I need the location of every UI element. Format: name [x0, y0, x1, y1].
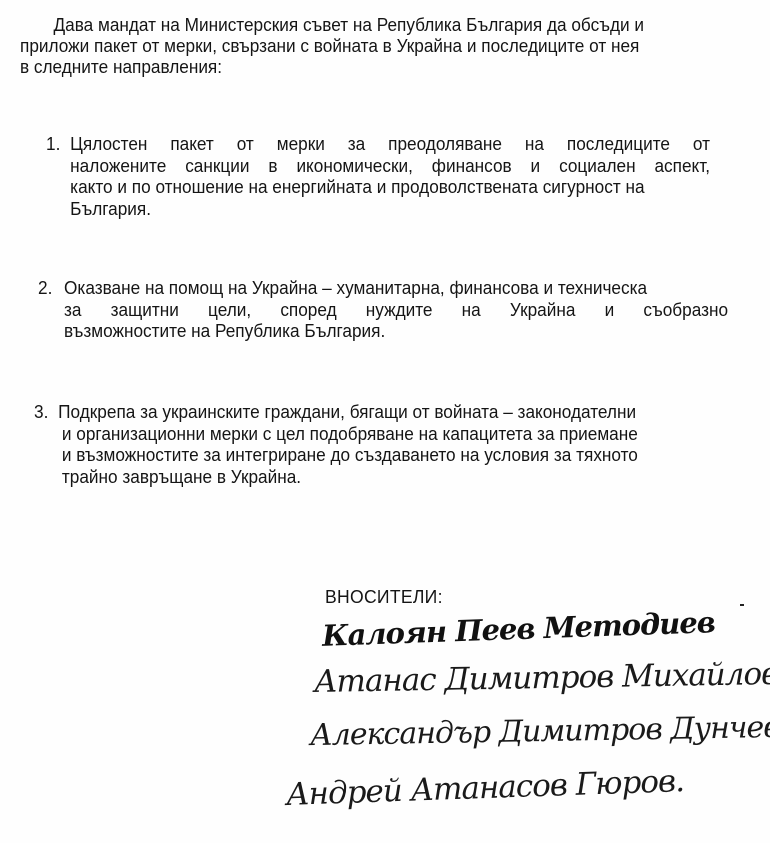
item-body: Цялостен пакет от мерки за преодоляване … — [70, 133, 710, 219]
signature-1: Калоян Пеев Методиев — [322, 605, 716, 653]
item-line: трайно завръщане в Украйна. — [58, 466, 716, 488]
item-line: Оказване на помощ на Украйна – хуманитар… — [64, 277, 728, 299]
signature-2: Атанас Димитров Михайлов — [314, 656, 770, 700]
intro-line: в следните направления: — [20, 56, 710, 77]
intro-paragraph: Дава мандат на Министерския съвет на Реп… — [20, 14, 710, 77]
item-line: България. — [70, 198, 710, 220]
item-line: Подкрепа за украинските граждани, бягащи… — [58, 401, 716, 423]
item-line: както и по отношение на енергийната и пр… — [70, 176, 710, 198]
item-line: възможностите на Република България. — [64, 320, 728, 342]
item-number: 2. — [38, 277, 52, 299]
signature-3: Александър Димитров Дунчев — [310, 710, 770, 753]
item-number: 3. — [34, 401, 48, 423]
item-line: и организационни мерки с цел подобряване… — [58, 423, 716, 445]
item-number: 1. — [46, 133, 60, 155]
scan-speck — [740, 604, 744, 606]
signature-4: Андрей Атанасов Гюров. — [285, 763, 684, 813]
intro-line: Дава мандат на Министерския съвет на Реп… — [20, 14, 710, 35]
item-line: наложените санкции в икономически, финан… — [70, 155, 710, 177]
document-page: Дава мандат на Министерския съвет на Реп… — [0, 0, 770, 843]
item-line: за защитни цели, според нуждите на Украй… — [64, 299, 728, 321]
intro-line: приложи пакет от мерки, свързани с война… — [20, 35, 710, 56]
item-body: Оказване на помощ на Украйна – хуманитар… — [64, 277, 728, 342]
item-line: и възможностите за интегриране до създав… — [58, 444, 716, 466]
authors-label: ВНОСИТЕЛИ: — [325, 586, 443, 608]
item-body: Подкрепа за украинските граждани, бягащи… — [58, 401, 716, 487]
item-line: Цялостен пакет от мерки за преодоляване … — [70, 133, 710, 155]
